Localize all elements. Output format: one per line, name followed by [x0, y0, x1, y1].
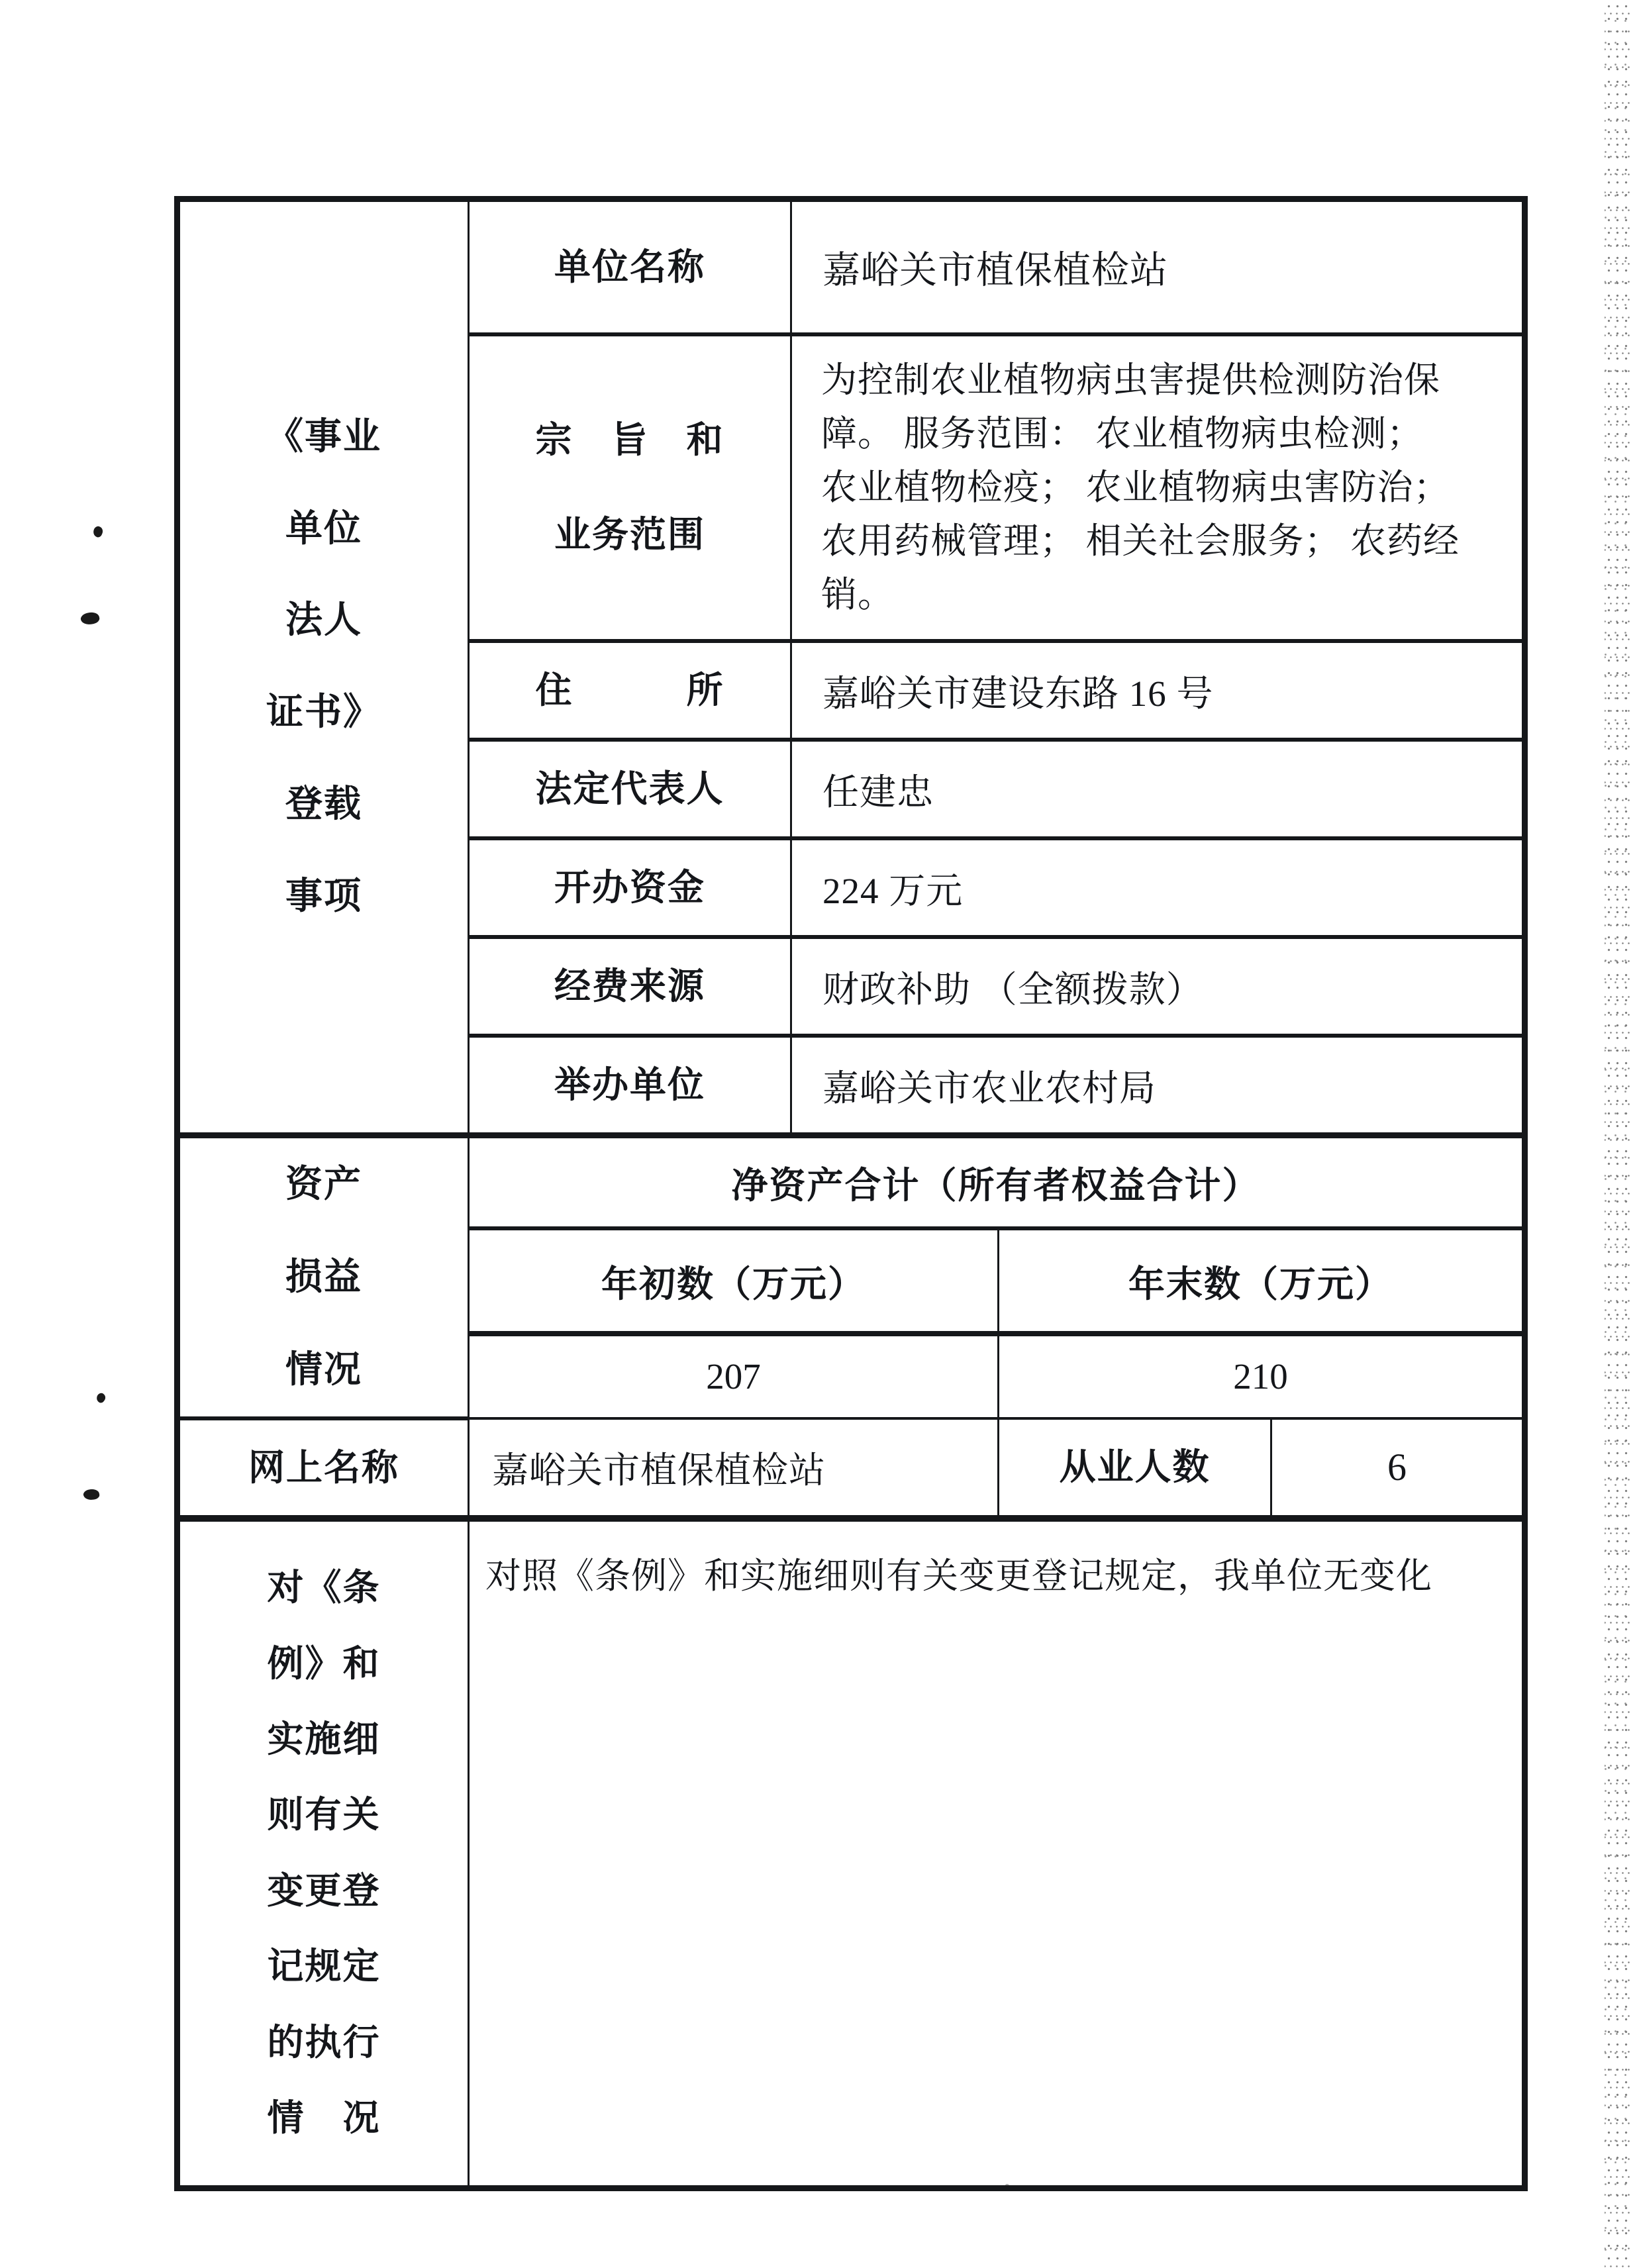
opening-capital-value: 224 万元: [791, 838, 1525, 937]
sponsor-unit-value: 嘉峪关市农业农村局: [791, 1036, 1525, 1136]
legal-representative-label: 法定代表人: [469, 740, 791, 838]
compliance-statement: 对照《条例》和实施细则有关变更登记规定，我单位无变化: [469, 1518, 1525, 2189]
ink-speck: [1005, 2184, 1009, 2187]
funding-source-value: 财政补助 （全额拨款）: [791, 937, 1525, 1036]
online-name-value: 嘉峪关市植保植检站: [469, 1418, 999, 1518]
unit-name-label: 单位名称: [469, 199, 791, 334]
year-end-value: 210: [999, 1334, 1525, 1418]
funding-source-label: 经费来源: [469, 937, 791, 1036]
net-assets-header: 净资产合计（所有者权益合计）: [469, 1135, 1525, 1228]
purpose-label: 宗 旨 和 业务范围: [469, 334, 791, 641]
address-label: 住 所: [469, 641, 791, 740]
ink-speck: [83, 1488, 100, 1501]
year-start-value: 207: [469, 1334, 999, 1418]
scan-noise-edge: [1605, 0, 1631, 2268]
online-name-label: 网上名称: [177, 1418, 469, 1518]
purpose-value: 为控制农业植物病虫害提供检测防治保障。 服务范围： 农业植物病虫检测； 农业植物…: [791, 334, 1525, 641]
legal-representative-value: 任建忠: [791, 740, 1525, 838]
year-end-header: 年末数（万元）: [999, 1228, 1525, 1334]
address-value: 嘉峪关市建设东路 16 号: [791, 641, 1525, 740]
unit-name-value: 嘉峪关市植保植检站: [791, 199, 1525, 334]
scanned-report-page: 《事业 单位 法人 证书》 登载 事项 单位名称 嘉峪关市植保植检站 宗 旨 和…: [0, 0, 1639, 2268]
sponsor-unit-label: 举办单位: [469, 1036, 791, 1136]
year-start-header: 年初数（万元）: [469, 1228, 999, 1334]
registration-form-table: 《事业 单位 法人 证书》 登载 事项 单位名称 嘉峪关市植保植检站 宗 旨 和…: [174, 196, 1528, 2191]
certificate-section-label: 《事业 单位 法人 证书》 登载 事项: [177, 199, 469, 1136]
opening-capital-label: 开办资金: [469, 838, 791, 937]
staff-count-value: 6: [1271, 1418, 1525, 1518]
staff-count-label: 从业人数: [999, 1418, 1271, 1518]
ink-speck: [79, 611, 100, 626]
compliance-section-label: 对《条 例》和 实施细 则有关 变更登 记规定 的执行 情 况: [177, 1518, 469, 2189]
assets-section-label: 资产 损益 情况: [177, 1135, 469, 1418]
ink-speck: [95, 1391, 107, 1404]
ink-speck: [91, 525, 104, 538]
